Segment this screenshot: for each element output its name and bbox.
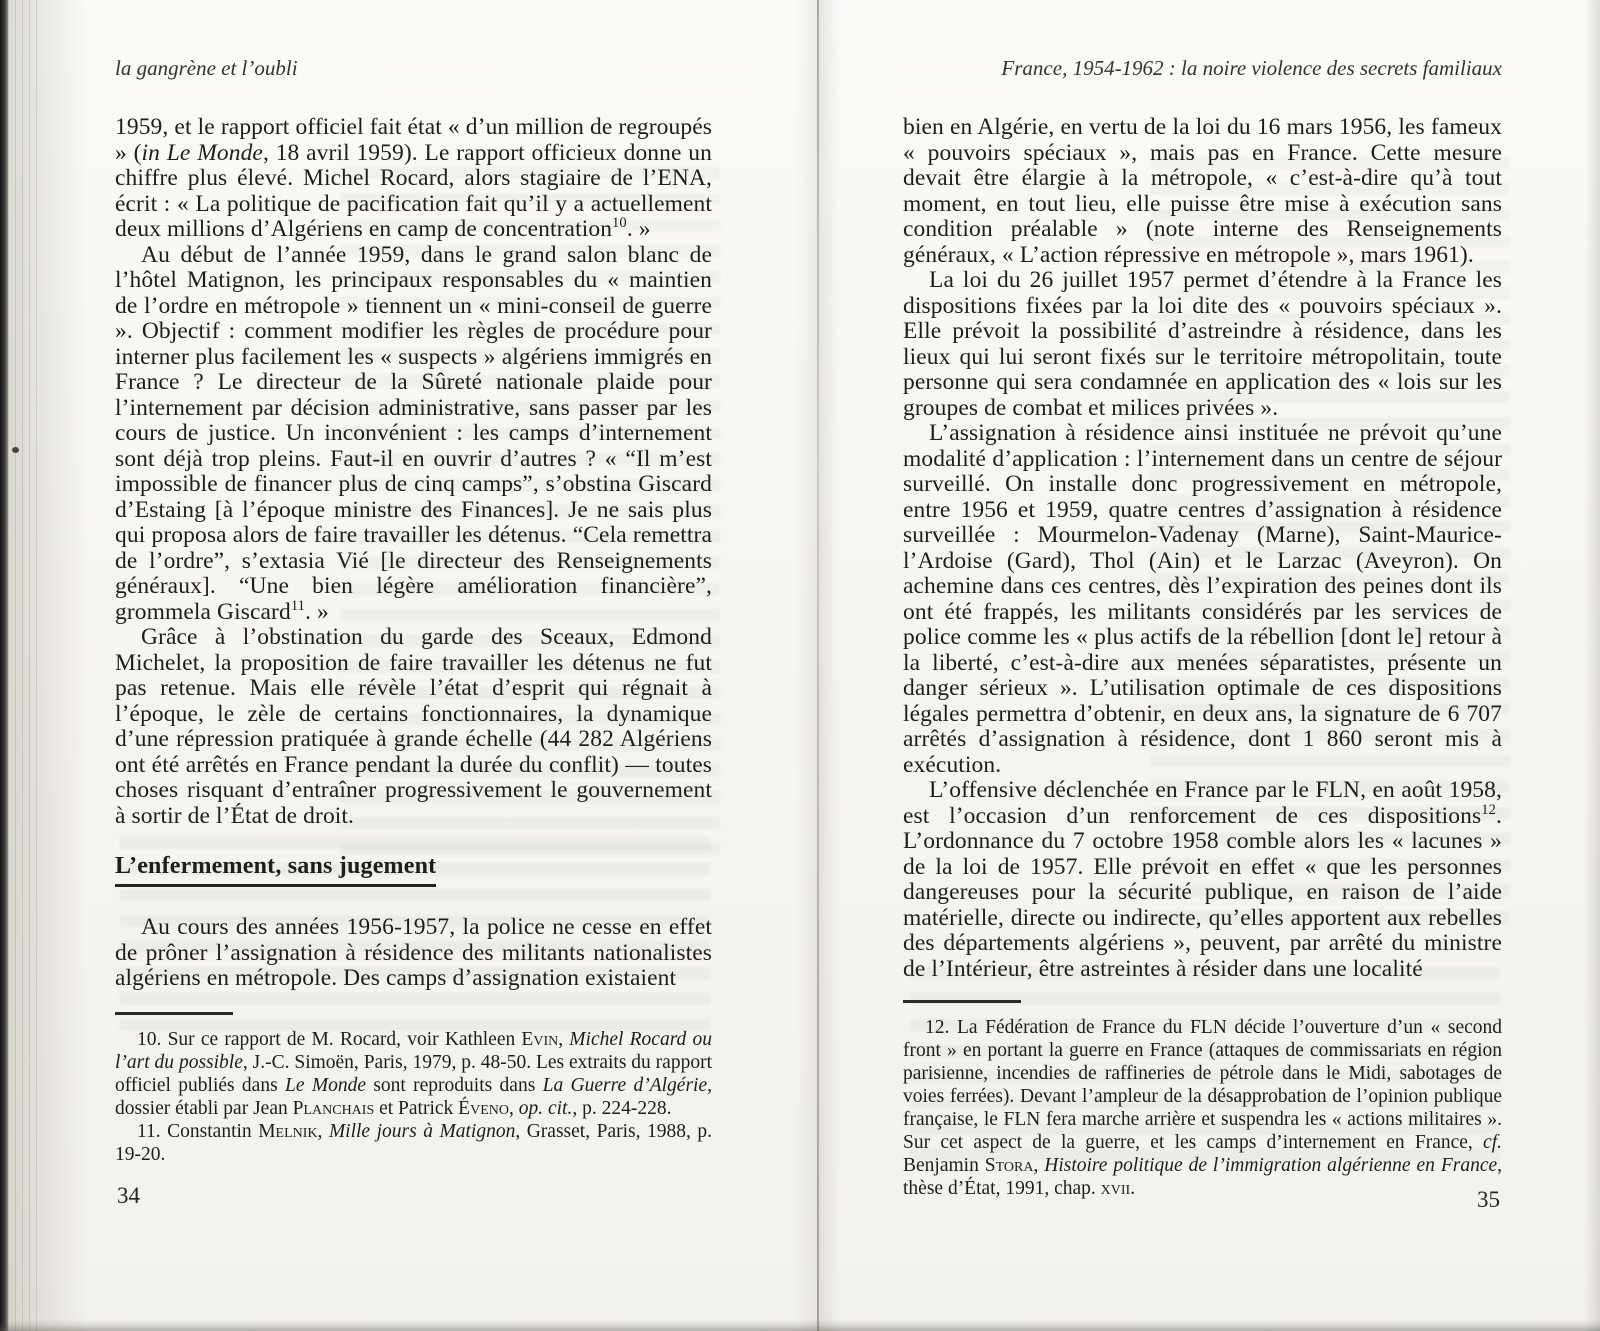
book-spine-edge: [0, 0, 8, 1331]
right-page-body: bien en Algérie, en vertu de la loi du 1…: [903, 115, 1502, 982]
footnote-separator: [903, 1000, 1021, 1003]
left-page-body: 1959, et le rapport officiel fait état «…: [115, 115, 712, 992]
left-page: la gangrène et l’oubli 1959, et le rappo…: [115, 57, 712, 1331]
right-page: France, 1954-1962 : la noire violence de…: [903, 57, 1502, 1331]
paragraph: Grâce à l’obstination du garde des Sceau…: [115, 625, 712, 829]
section-heading-wrap: L’enfermement, sans jugement: [115, 853, 712, 887]
right-edge-shadow: [1584, 0, 1600, 1331]
footnote: 12. La Fédération de France du FLN décid…: [903, 1016, 1502, 1200]
running-head-left: la gangrène et l’oubli: [115, 57, 712, 79]
section-heading: L’enfermement, sans jugement: [115, 853, 436, 887]
left-page-edges-texture: [8, 0, 38, 1331]
book-scan: la gangrène et l’oubli 1959, et le rappo…: [0, 0, 1600, 1331]
paragraph: 1959, et le rapport officiel fait état «…: [115, 115, 712, 243]
footnote: 11. Constantin Melnik, Mille jours à Mat…: [115, 1120, 712, 1166]
paragraph: Au début de l’année 1959, dans le grand …: [115, 243, 712, 626]
page-gutter-line: [817, 0, 819, 1331]
scan-speck: [12, 447, 19, 453]
paragraph: L’offensive déclenchée en France par le …: [903, 778, 1502, 982]
paragraph: La loi du 26 juillet 1957 permet d’étend…: [903, 268, 1502, 421]
footnote: 10. Sur ce rapport de M. Rocard, voir Ka…: [115, 1028, 712, 1120]
right-page-footnotes: 12. La Fédération de France du FLN décid…: [903, 1016, 1502, 1200]
running-head-right: France, 1954-1962 : la noire violence de…: [903, 57, 1502, 79]
page-number-right: 35: [1477, 1187, 1500, 1213]
bottom-edge-shadow: [0, 1319, 1600, 1331]
paragraph: L’assignation à résidence ainsi institué…: [903, 421, 1502, 778]
footnote-separator: [115, 1012, 233, 1015]
paragraph: Au cours des années 1956-1957, la police…: [115, 915, 712, 992]
paragraph: bien en Algérie, en vertu de la loi du 1…: [903, 115, 1502, 268]
left-page-footnotes: 10. Sur ce rapport de M. Rocard, voir Ka…: [115, 1028, 712, 1166]
page-number-left: 34: [117, 1183, 140, 1209]
